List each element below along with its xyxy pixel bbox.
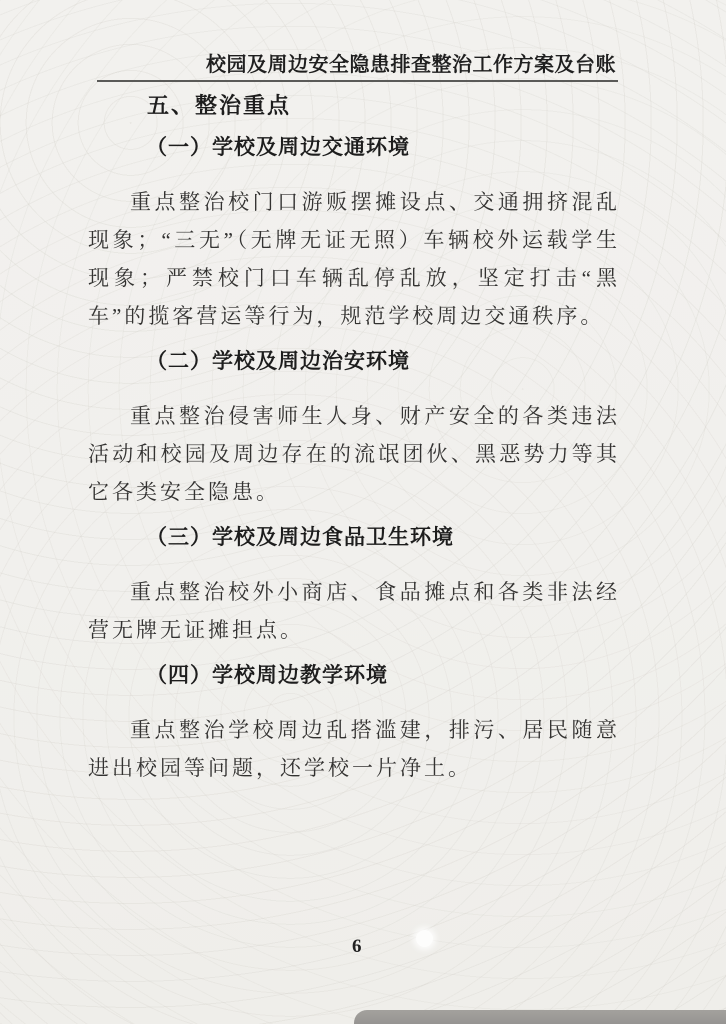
header-divider xyxy=(97,80,618,82)
subsection-body-security: 重点整治侵害师生人身、财产安全的各类违法活动和校园及周边存在的流氓团伙、黑恶势力… xyxy=(88,397,620,511)
subsection-heading-traffic: （一）学校及周边交通环境 xyxy=(146,135,620,161)
document-page: 校园及周边安全隐患排查整治工作方案及台账 五、整治重点 （一）学校及周边交通环境… xyxy=(0,0,726,1024)
subsection-body-traffic: 重点整治校门口游贩摆摊设点、交通拥挤混乱现象；“三无”（无牌无证无照）车辆校外运… xyxy=(88,183,620,335)
subsection-heading-food-hygiene: （三）学校及周边食品卫生环境 xyxy=(146,525,620,551)
document-header-title: 校园及周边安全隐患排查整治工作方案及台账 xyxy=(206,48,616,77)
subsection-heading-security: （二）学校及周边治安环境 xyxy=(146,349,620,375)
subsection-body-food-hygiene: 重点整治校外小商店、食品摊点和各类非法经营无牌无证摊担点。 xyxy=(88,573,620,649)
subsection-body-teaching-env: 重点整治学校周边乱搭滥建，排污、居民随意进出校园等问题，还学校一片净土。 xyxy=(88,711,620,787)
light-reflection-spot xyxy=(416,930,433,947)
document-body: （一）学校及周边交通环境 重点整治校门口游贩摆摊设点、交通拥挤混乱现象；“三无”… xyxy=(88,135,620,801)
table-edge-shadow xyxy=(354,1010,726,1024)
section-title: 五、整治重点 xyxy=(147,89,291,120)
subsection-heading-teaching-env: （四）学校周边教学环境 xyxy=(146,663,620,689)
page-number: 6 xyxy=(352,936,362,958)
